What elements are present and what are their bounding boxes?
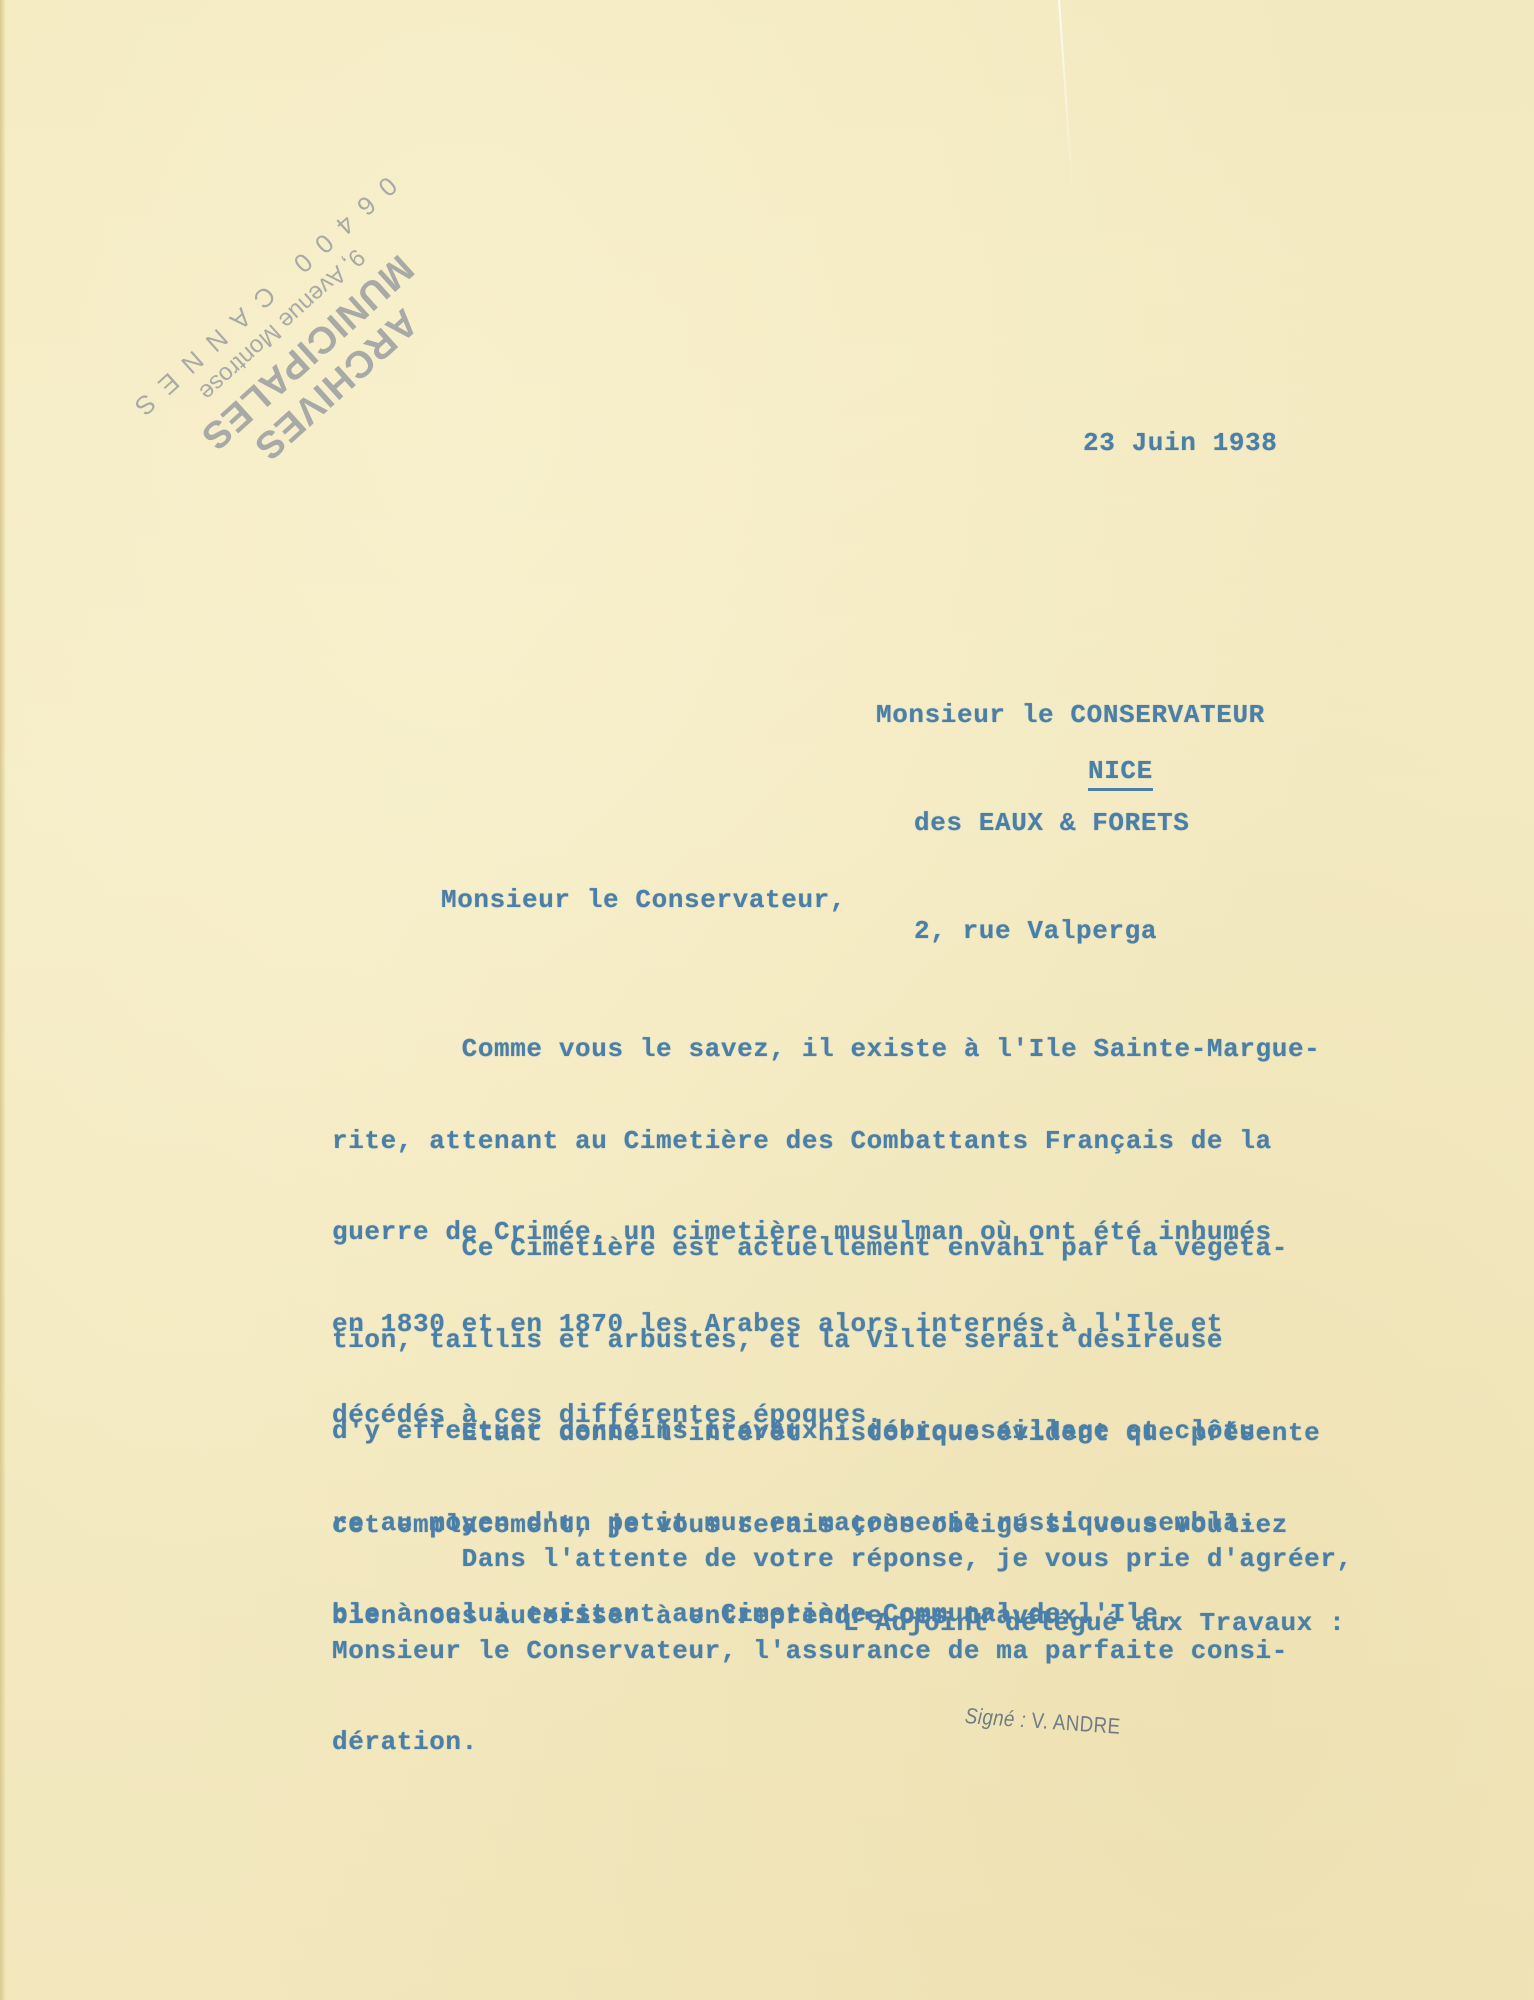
text-line: Etant donné l'intérêt historique évident… <box>332 1418 1320 1449</box>
recipient-department: des EAUX & FORETS <box>876 805 1265 841</box>
letter-date: 23 Juin 1938 <box>1083 428 1277 458</box>
recipient-city: NICE <box>1088 756 1153 791</box>
text-line: Ce Cimetière est actuellement envahi par… <box>332 1233 1288 1264</box>
recipient-title: Monsieur le CONSERVATEUR <box>876 697 1265 733</box>
recipient-address: Monsieur le CONSERVATEUR des EAUX & FORE… <box>876 625 1265 985</box>
signature-prefix: Signé : <box>964 1703 1027 1732</box>
closing-title: L'Adjoint délégué aux Travaux : <box>843 1608 1345 1638</box>
signature-name: V. ANDRE <box>1031 1708 1122 1739</box>
salutation: Monsieur le Conservateur, <box>441 885 846 915</box>
text-line: rite, attenant au Cimetière des Combatta… <box>332 1126 1320 1157</box>
paper-edge <box>0 0 6 2000</box>
text-line: Monsieur le Conservateur, l'assurance de… <box>332 1636 1353 1667</box>
text-line: Comme vous le savez, il existe à l'Ile S… <box>332 1034 1320 1065</box>
text-line: tion, taillis et arbustes, et la Ville s… <box>332 1325 1288 1356</box>
text-line: Dans l'attente de votre réponse, je vous… <box>332 1544 1353 1575</box>
recipient-street: 2, rue Valperga <box>876 913 1265 949</box>
text-line: dération. <box>332 1727 1353 1758</box>
archives-stamp: ARCHIVES MUNICIPALES 9, Avenue Montrose … <box>100 120 480 500</box>
